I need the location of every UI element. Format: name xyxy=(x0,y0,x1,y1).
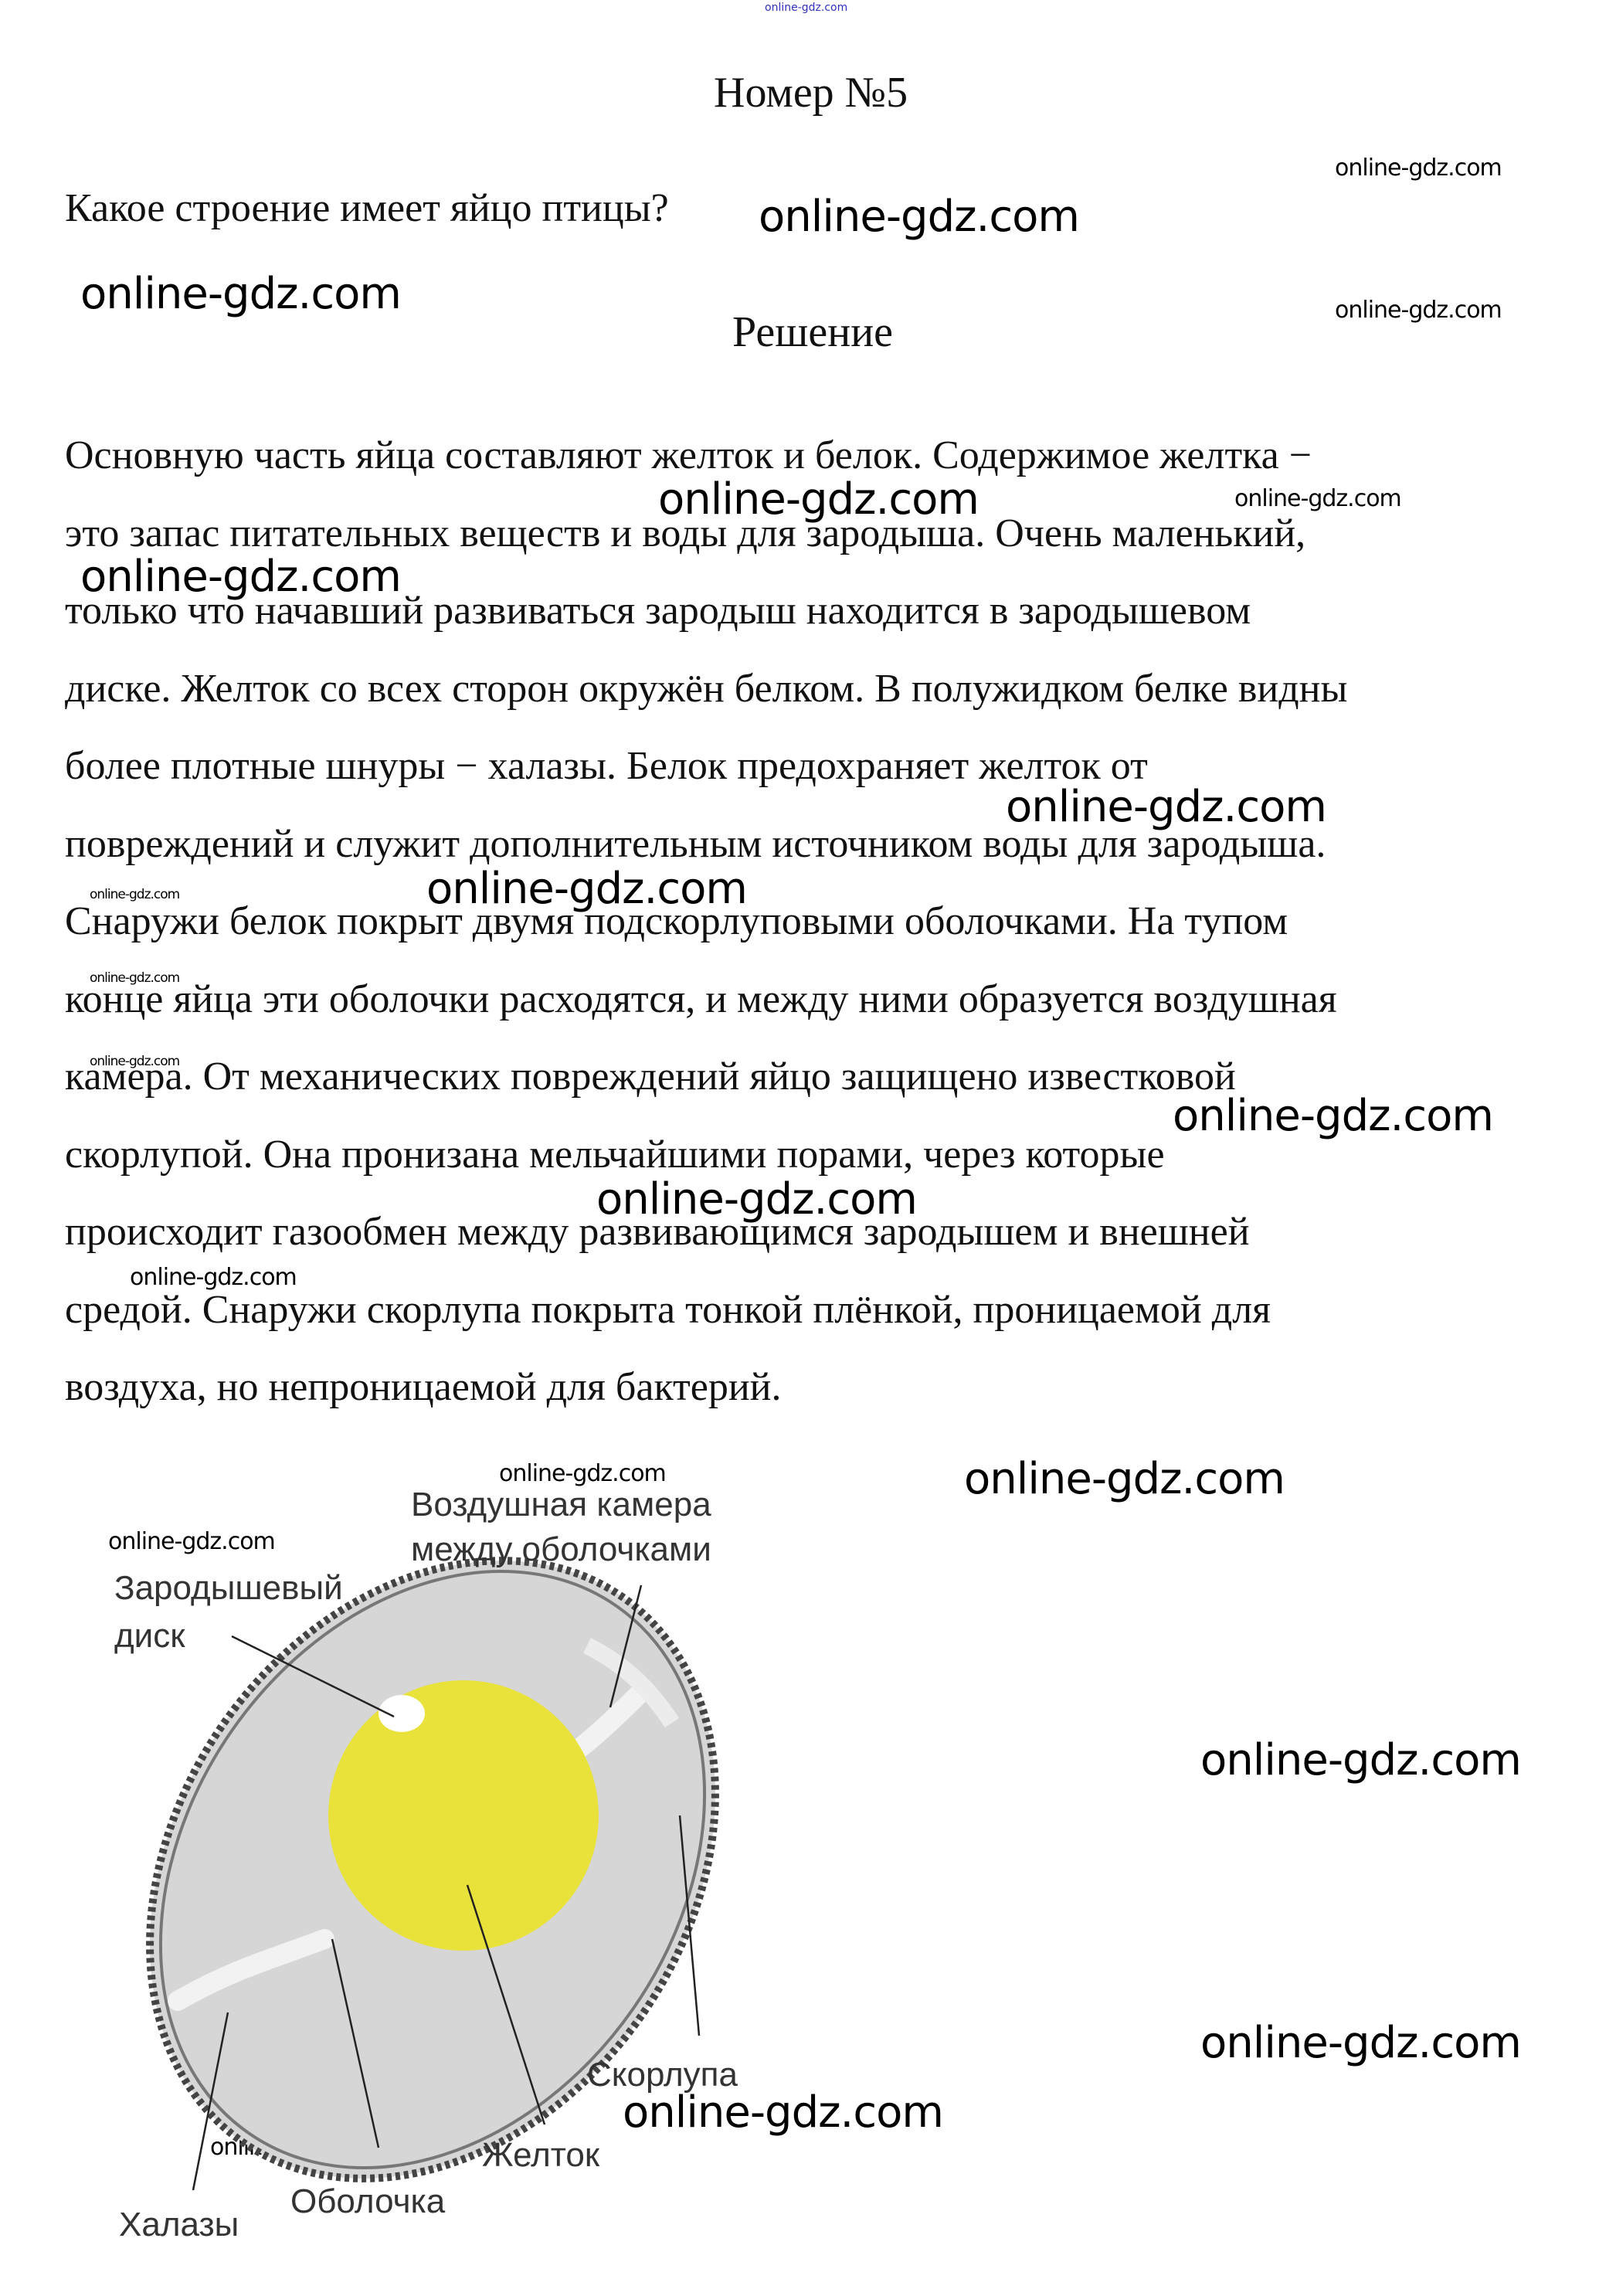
watermark: online-gdz.com xyxy=(1335,155,1502,182)
paragraph-line: конце яйца эти оболочки расходятся, и ме… xyxy=(65,976,1337,1022)
label-yolk: Желток xyxy=(482,2134,599,2177)
label-membrane: Оболочка xyxy=(290,2180,445,2223)
paragraph-line: Основную часть яйца составляют желток и … xyxy=(65,433,1312,478)
watermark: online-gdz.com xyxy=(426,864,747,914)
paragraph-line: камера. От механических повреждений яйцо… xyxy=(65,1054,1236,1099)
watermark: online-gdz.com xyxy=(1234,485,1401,512)
label-air-chamber: Воздушная камера xyxy=(411,1483,711,1527)
watermark: online-gdz.com xyxy=(1006,782,1326,832)
solution-heading: Решение xyxy=(732,307,893,357)
label-air-chamber-2: между оболочками xyxy=(411,1528,711,1571)
watermark: online-gdz.com xyxy=(1200,1735,1521,1785)
yolk xyxy=(328,1680,599,1951)
page-title: Номер №5 xyxy=(714,68,908,117)
watermark: online-gdz.com xyxy=(130,1264,297,1291)
watermark: online-gdz.com xyxy=(759,192,1079,242)
germinal-disc xyxy=(379,1695,425,1732)
header-watermark: online-gdz.com xyxy=(765,2,847,14)
paragraph-line: воздуха, но непроницаемой для бактерий. xyxy=(65,1364,782,1410)
watermark: online-gdz.com xyxy=(658,474,979,525)
label-germinal-disc: Зародышевый xyxy=(114,1567,343,1610)
watermark: online-gdz.com xyxy=(80,552,401,602)
watermark: online-gdz.com xyxy=(1173,1091,1493,1141)
watermark: online-gdz.com xyxy=(90,887,179,902)
label-chalazae: Халазы xyxy=(119,2203,239,2247)
document-page: online-gdz.com Номер №5 Какое строение и… xyxy=(0,0,1616,2296)
label-germinal-disc-2: диск xyxy=(114,1615,185,1658)
paragraph-line: скорлупой. Она пронизана мельчайшими пор… xyxy=(65,1132,1165,1177)
paragraph-line: диске. Желток со всех сторон окружён бел… xyxy=(65,666,1347,712)
question-text: Какое строение имеет яйцо птицы? xyxy=(65,185,669,231)
paragraph-line: средой. Снаружи скорлупа покрыта тонкой … xyxy=(65,1287,1271,1333)
label-shell: Скорлупа xyxy=(587,2053,738,2097)
watermark: online-gdz.com xyxy=(90,1054,179,1069)
watermark: online-gdz.com xyxy=(80,269,401,319)
paragraph-line: более плотные шнуры − халазы. Белок пред… xyxy=(65,743,1148,789)
watermark: online-gdz.com xyxy=(596,1174,917,1224)
watermark: online-gdz.com xyxy=(964,1454,1285,1504)
watermark: online-gdz.com xyxy=(90,970,179,986)
watermark: online-gdz.com xyxy=(1200,2018,1521,2068)
watermark: online-gdz.com xyxy=(1335,297,1502,324)
